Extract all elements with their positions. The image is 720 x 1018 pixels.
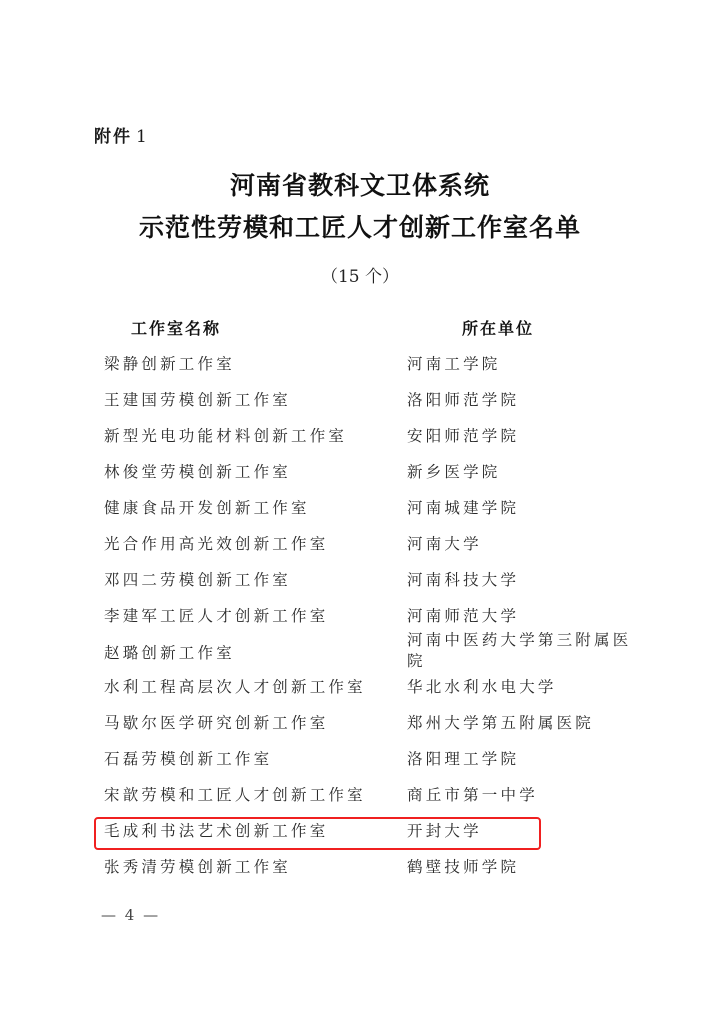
studio-name: 赵璐创新工作室	[104, 643, 235, 663]
studio-name: 光合作用高光效创新工作室	[104, 534, 328, 554]
studio-name: 李建军工匠人才创新工作室	[104, 606, 328, 626]
studio-unit: 河南师范大学	[407, 606, 627, 626]
studio-name: 邓四二劳模创新工作室	[104, 570, 291, 590]
table-row: 健康食品开发创新工作室 河南城建学院	[0, 498, 720, 534]
studio-name: 林俊堂劳模创新工作室	[104, 462, 291, 482]
attachment-number: 1	[136, 127, 149, 147]
studio-unit: 河南科技大学	[407, 570, 627, 590]
studio-name: 水利工程高层次人才创新工作室	[104, 677, 366, 697]
attachment-label-text: 附件	[94, 127, 132, 147]
studio-name: 王建国劳模创新工作室	[104, 390, 291, 410]
table-row: 光合作用高光效创新工作室 河南大学	[0, 534, 720, 570]
attachment-label: 附件1	[94, 122, 149, 147]
table-row: 梁静创新工作室 河南工学院	[0, 354, 720, 390]
studio-unit: 郑州大学第五附属医院	[407, 713, 627, 733]
studio-unit: 洛阳师范学院	[407, 390, 627, 410]
studio-unit: 河南中医药大学第三附属医院	[407, 630, 633, 672]
studio-name: 梁静创新工作室	[104, 354, 235, 374]
table-row: 石磊劳模创新工作室 洛阳理工学院	[0, 749, 720, 785]
studio-name: 新型光电功能材料创新工作室	[104, 426, 347, 446]
studio-unit: 新乡医学院	[407, 462, 627, 482]
studio-name: 健康食品开发创新工作室	[104, 498, 310, 518]
page-number: — 4 —	[101, 906, 160, 924]
studio-name: 石磊劳模创新工作室	[104, 749, 272, 769]
table-row: 邓四二劳模创新工作室 河南科技大学	[0, 570, 720, 606]
highlight-annotation-box	[94, 817, 541, 850]
column-header-unit: 所在单位	[462, 316, 534, 339]
studio-unit: 河南城建学院	[407, 498, 627, 518]
studio-unit: 华北水利水电大学	[407, 677, 627, 697]
studio-name: 马歇尔医学研究创新工作室	[104, 713, 328, 733]
document-title-line-1: 河南省教科文卫体系统	[0, 166, 720, 202]
table-row: 水利工程高层次人才创新工作室 华北水利水电大学	[0, 677, 720, 713]
studio-name: 宋歆劳模和工匠人才创新工作室	[104, 785, 366, 805]
document-title-line-2: 示范性劳模和工匠人才创新工作室名单	[0, 208, 720, 244]
table-row: 宋歆劳模和工匠人才创新工作室 商丘市第一中学	[0, 785, 720, 821]
table-row: 新型光电功能材料创新工作室 安阳师范学院	[0, 426, 720, 462]
studio-unit: 河南工学院	[407, 354, 627, 374]
studio-unit: 安阳师范学院	[407, 426, 627, 446]
column-header-studio-name: 工作室名称	[131, 316, 221, 339]
table-row: 赵璐创新工作室 河南中医药大学第三附属医院	[0, 630, 720, 674]
table-row: 马歇尔医学研究创新工作室 郑州大学第五附属医院	[0, 713, 720, 749]
item-count: （15 个）	[0, 262, 720, 287]
table-row: 林俊堂劳模创新工作室 新乡医学院	[0, 462, 720, 498]
table-row: 王建国劳模创新工作室 洛阳师范学院	[0, 390, 720, 426]
studio-unit: 鹤壁技师学院	[407, 857, 627, 877]
studio-name: 张秀清劳模创新工作室	[104, 857, 291, 877]
studio-unit: 河南大学	[407, 534, 627, 554]
studio-unit: 商丘市第一中学	[407, 785, 627, 805]
studio-unit: 洛阳理工学院	[407, 749, 627, 769]
table-row: 张秀清劳模创新工作室 鹤壁技师学院	[0, 857, 720, 893]
